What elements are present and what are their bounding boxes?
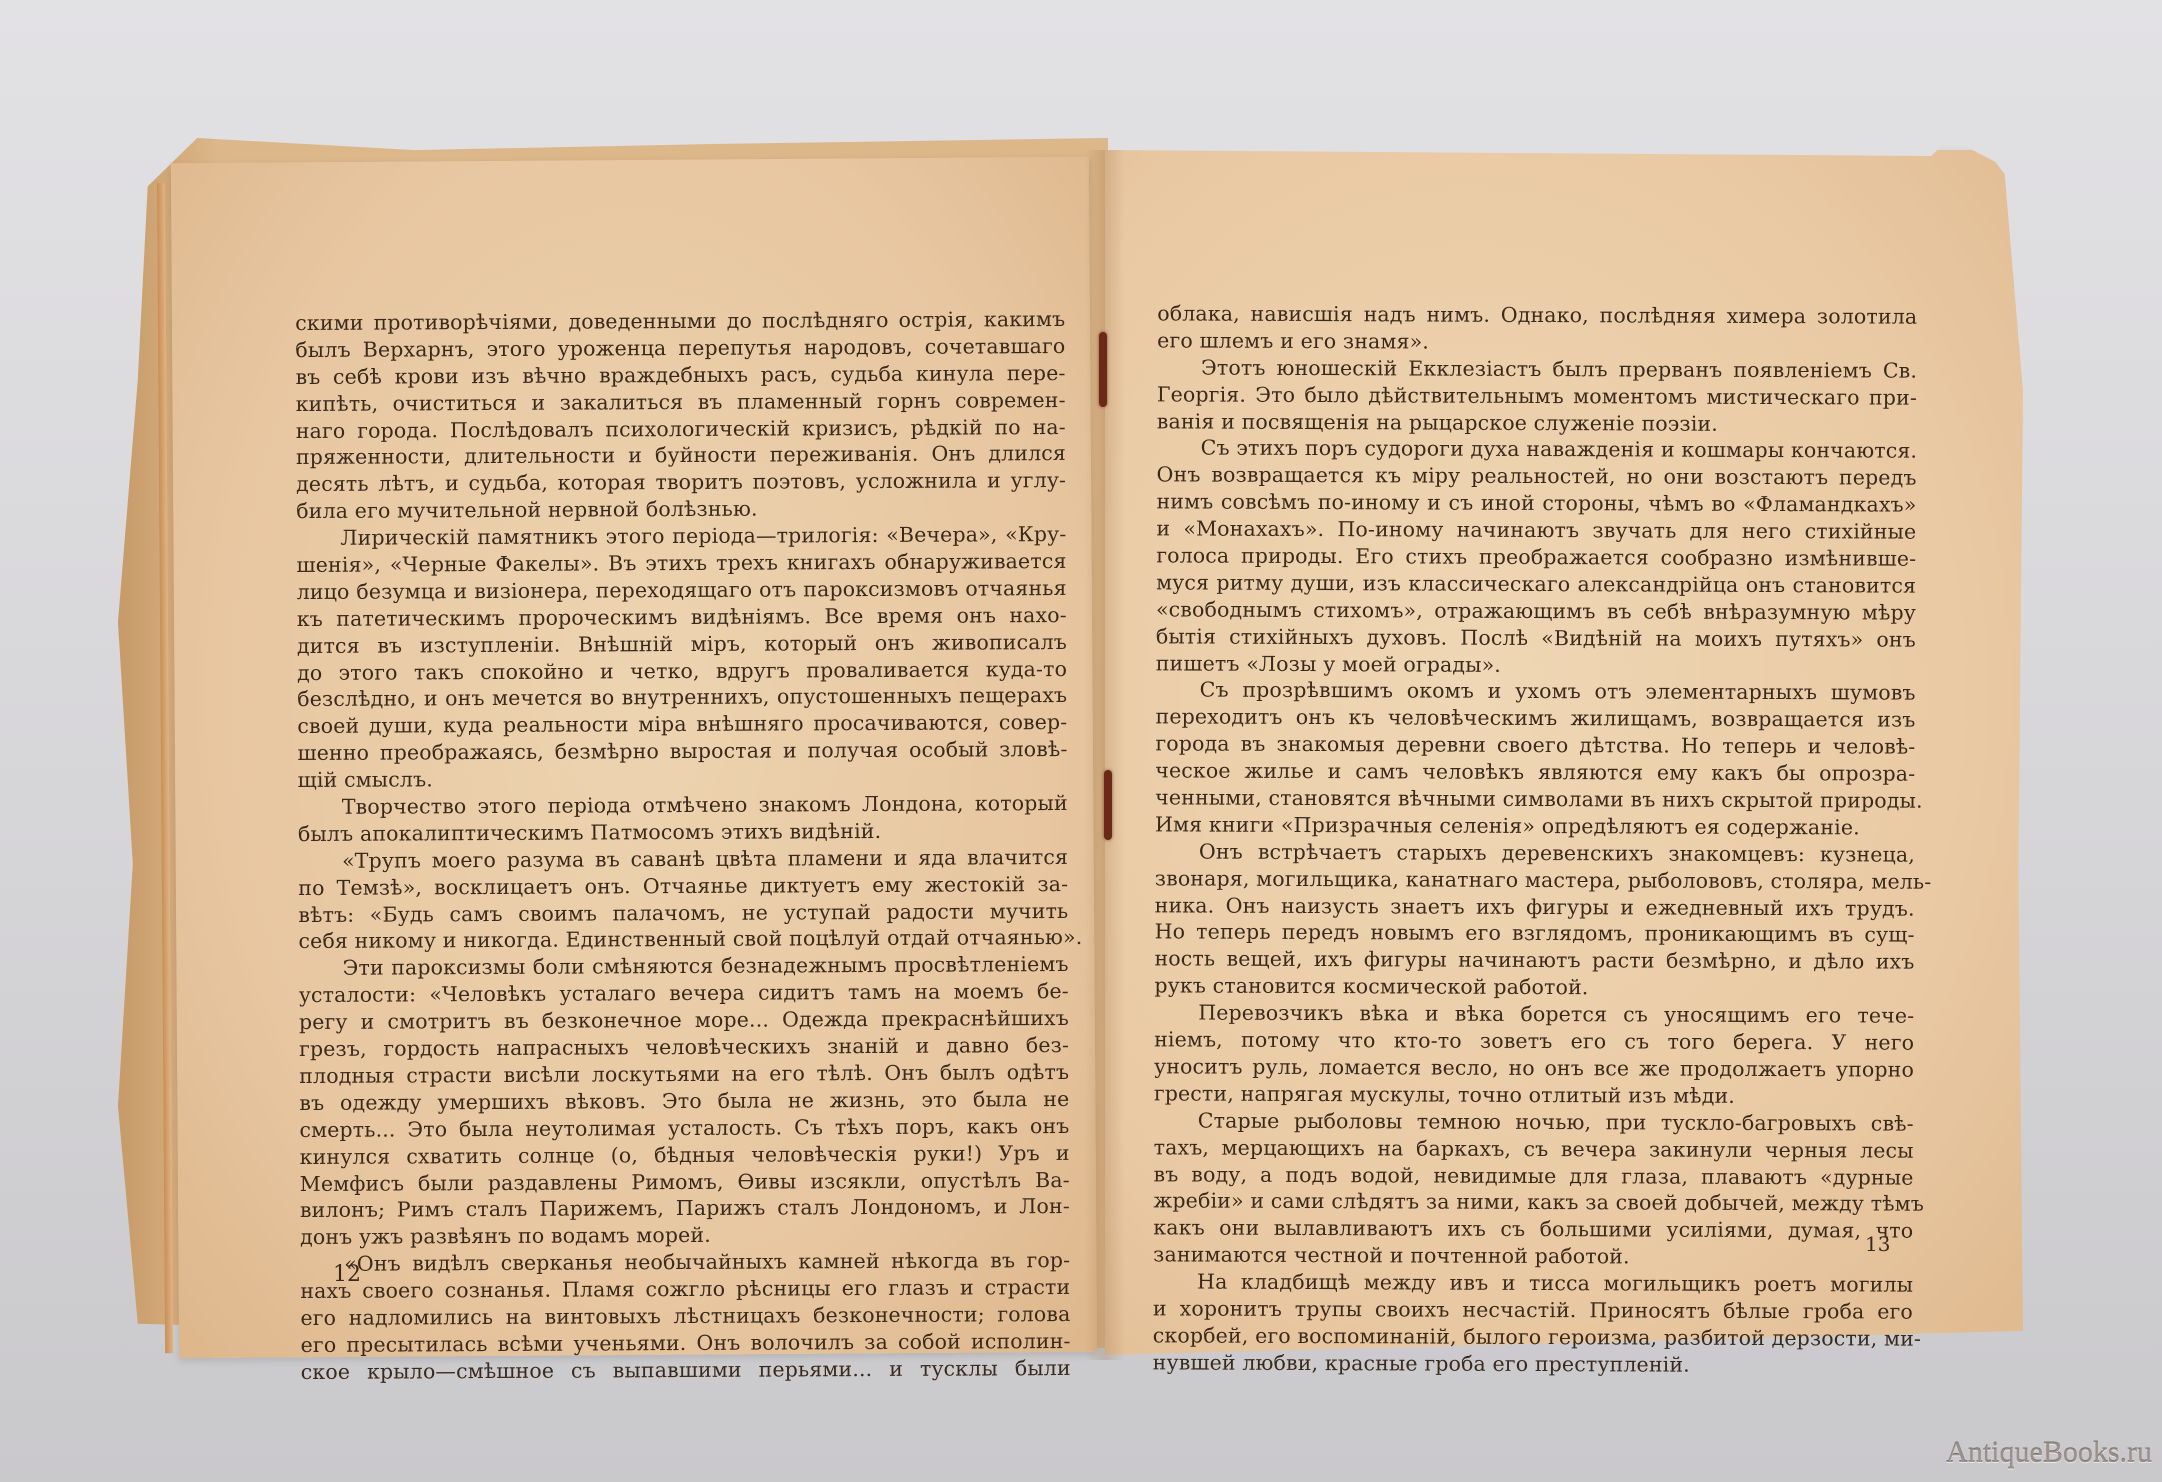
text-line: щій смыслъ.: [298, 763, 1068, 794]
text-line: пишетъ «Лозы у моей ограды».: [1156, 650, 1916, 680]
text-line: Но теперь передъ новымъ его взглядомъ, п…: [1155, 919, 1915, 949]
text-line: былъ апокалиптическимъ Патмосомъ этихъ в…: [298, 817, 1068, 848]
text-line: Онъ возвращается къ міру реальностей, но…: [1157, 462, 1917, 492]
text-line: лицо безумца и визіонера, переходящаго о…: [297, 575, 1067, 606]
text-line: себя никому и никогда. Единственный свой…: [298, 924, 1068, 955]
text-line: Эти пароксизмы боли смѣняются безнадежны…: [299, 951, 1069, 982]
text-line: Этотъ юношескій Екклезіастъ былъ прерван…: [1157, 354, 1917, 384]
text-line: Онъ встрѣчаетъ старыхъ деревенскихъ знак…: [1155, 838, 1915, 868]
text-line: «Трупъ моего разума въ саванѣ цвѣта плам…: [298, 844, 1068, 875]
text-line: ческое жилье и самъ человѣкъ являются ем…: [1155, 757, 1915, 787]
text-line: шенно преображаясь, безмѣрно выростая и …: [297, 736, 1067, 767]
text-line: вѣтъ: «Будь самъ своимъ палачомъ, не уст…: [298, 898, 1068, 929]
text-line: нувшей любви, красные гроба его преступл…: [1153, 1349, 1913, 1379]
text-line: Старые рыболовы темною ночью, при тускло…: [1154, 1107, 1914, 1137]
text-line: ность вещей, ихъ фигуры начинаютъ расти …: [1154, 946, 1914, 976]
text-line: облака, нависшія надъ нимъ. Однако, посл…: [1157, 300, 1917, 330]
text-line: занимаются честной и почтенной работой.: [1153, 1242, 1913, 1272]
text-line: его пресытилась всѣми ученьями. Онъ воло…: [301, 1328, 1071, 1359]
text-line: смерть... Это была неутолимая усталость.…: [299, 1113, 1069, 1144]
text-line: рукъ становится космической работой.: [1154, 973, 1914, 1003]
text-line: муся ритму души, изъ классическаго алекс…: [1156, 569, 1916, 599]
text-line: вилонъ; Римъ сталъ Парижемъ, Парижъ стал…: [300, 1193, 1070, 1224]
text-line: била его мучительной нервной болѣзнью.: [296, 494, 1066, 525]
text-line: Съ прозрѣвшимъ окомъ и ухомъ отъ элемент…: [1156, 677, 1916, 707]
text-line: десять лѣтъ, и судьба, которая творитъ п…: [296, 467, 1066, 498]
text-line: «свободнымъ стихомъ», отражающимъ въ себ…: [1156, 596, 1916, 626]
text-line: нимъ совсѣмъ по-иному и съ иной стороны,…: [1156, 489, 1916, 519]
text-line: кипѣть, очиститься и закалиться въ пламе…: [296, 387, 1066, 418]
text-line: Георгія. Это было дѣйствительнымъ момент…: [1157, 381, 1917, 411]
text-line: Имя книги «Призрачныя селенія» опредѣляю…: [1155, 811, 1915, 841]
text-line: бытія стихійныхъ духовъ. Послѣ «Видѣній …: [1156, 623, 1916, 653]
text-line: въ одежду умершихъ вѣковъ. Это была не ж…: [299, 1086, 1069, 1117]
text-line: ніемъ, потому что кто-то зоветъ его съ т…: [1154, 1026, 1914, 1056]
text-line: скорбей, его воспоминаній, былого героиз…: [1153, 1322, 1913, 1352]
text-line: жребіи» и сами слѣдятъ за ними, какъ за …: [1153, 1188, 1913, 1218]
text-line: Съ этихъ поръ судороги духа наважденія и…: [1157, 435, 1917, 465]
page-number-right: 13: [1865, 1232, 1890, 1256]
open-book: скими противорѣчіями, доведенными до пос…: [0, 0, 2162, 1482]
text-line: скими противорѣчіями, доведенными до пос…: [295, 306, 1065, 337]
text-line: безслѣдно, и онъ мечется во внутреннихъ,…: [297, 682, 1067, 713]
text-line: грести, напрягая мускулы, точно отлитый …: [1154, 1080, 1914, 1110]
text-line: голоса природы. Его стихъ преображается …: [1156, 542, 1916, 572]
text-line: къ патетическимъ пророческимъ видѣніямъ.…: [297, 602, 1067, 633]
text-line: въ себѣ крови изъ вѣчно враждебныхъ расъ…: [295, 360, 1065, 391]
text-line: Творчество этого періода отмѣчено знаком…: [298, 790, 1068, 821]
watermark: AntiqueBooks.ru: [1946, 1436, 2152, 1470]
text-line: былъ Верхарнъ, этого уроженца перепутья …: [295, 333, 1065, 364]
binding-stitch-icon: [1104, 770, 1112, 840]
text-line: нахъ своего сознанья. Пламя сожгло рѣсни…: [300, 1274, 1070, 1305]
text-line: ченными, становятся вѣчными символами въ…: [1155, 784, 1915, 814]
binding-stitch-icon: [1099, 332, 1107, 407]
text-line: пряженности, длительности и буйности пер…: [296, 440, 1066, 471]
text-line: Перевозчикъ вѣка и вѣка борется съ унося…: [1154, 999, 1914, 1029]
right-page-text: облака, нависшія надъ нимъ. Однако, посл…: [1153, 300, 1918, 1379]
text-line: его надломились на винтовыхъ лѣстницахъ …: [300, 1301, 1070, 1332]
text-line: ванія и посвященія на рыцарское служеніе…: [1157, 408, 1917, 438]
text-line: по Темзѣ», восклицаетъ онъ. Отчаянье дик…: [298, 871, 1068, 902]
text-line: въ воду, а подъ водой, невидимые для гла…: [1153, 1161, 1913, 1191]
book-gutter: [1085, 150, 1125, 1360]
text-line: его шлемъ и его знамя».: [1157, 327, 1917, 357]
text-line: звонаря, могильщика, канатнаго мастера, …: [1155, 865, 1915, 895]
page-number-left: 12: [333, 1262, 361, 1287]
text-line: переходитъ онъ къ человѣческимъ жилищамъ…: [1155, 704, 1915, 734]
text-line: города въ знакомыя деревни своего дѣтств…: [1155, 731, 1915, 761]
text-line: и «Монахахъ». По-иному начинаютъ звучать…: [1156, 515, 1916, 545]
text-line: «Онъ видѣлъ сверканья необычайныхъ камне…: [300, 1247, 1070, 1278]
text-line: донъ ужъ развѣянъ по водамъ морей.: [300, 1220, 1070, 1251]
text-line: грезъ, гордость напрасныхъ человѣческихъ…: [299, 1032, 1069, 1063]
text-line: ское крыло—смѣшное съ выпавшими перьями.…: [301, 1355, 1071, 1386]
text-line: шенія», «Черные Факелы». Въ этихъ трехъ …: [296, 548, 1066, 579]
left-page-text: скими противорѣчіями, доведенными до пос…: [295, 306, 1071, 1386]
text-line: своей души, куда реальности міра внѣшняг…: [297, 709, 1067, 740]
text-line: дится въ изступленіи. Внѣшній міръ, кото…: [297, 629, 1067, 660]
text-line: Лирическій памятникъ этого періода—трило…: [296, 521, 1066, 552]
text-line: уноситъ руль, ломается весло, но онъ все…: [1154, 1053, 1914, 1083]
text-line: усталости: «Человѣкъ усталаго вечера сид…: [299, 978, 1069, 1009]
text-line: и хоронитъ трупы своихъ несчастій. Прино…: [1153, 1295, 1913, 1325]
text-line: На кладбищѣ между ивъ и тисса могильщикъ…: [1153, 1268, 1913, 1298]
text-line: тахъ, мерцающихъ на баркахъ, съ вечера з…: [1154, 1134, 1914, 1164]
text-line: наго города. Послѣдовалъ психологическій…: [296, 414, 1066, 445]
text-line: до этого такъ спокойно и четко, вдругъ п…: [297, 656, 1067, 687]
text-line: ника. Онъ наизусть знаетъ ихъ фигуры и е…: [1155, 892, 1915, 922]
text-line: Мемфисъ были раздавлены Римомъ, Ѳивы изс…: [300, 1166, 1070, 1197]
text-line: какъ они вылавливаютъ ихъ съ большими ус…: [1153, 1215, 1913, 1245]
text-line: кинулся схватить солнце (о, бѣдныя челов…: [300, 1140, 1070, 1171]
text-line: плодныя страсти висѣли лоскутьями на его…: [299, 1059, 1069, 1090]
text-line: регу и смотритъ въ безконечное море... О…: [299, 1005, 1069, 1036]
